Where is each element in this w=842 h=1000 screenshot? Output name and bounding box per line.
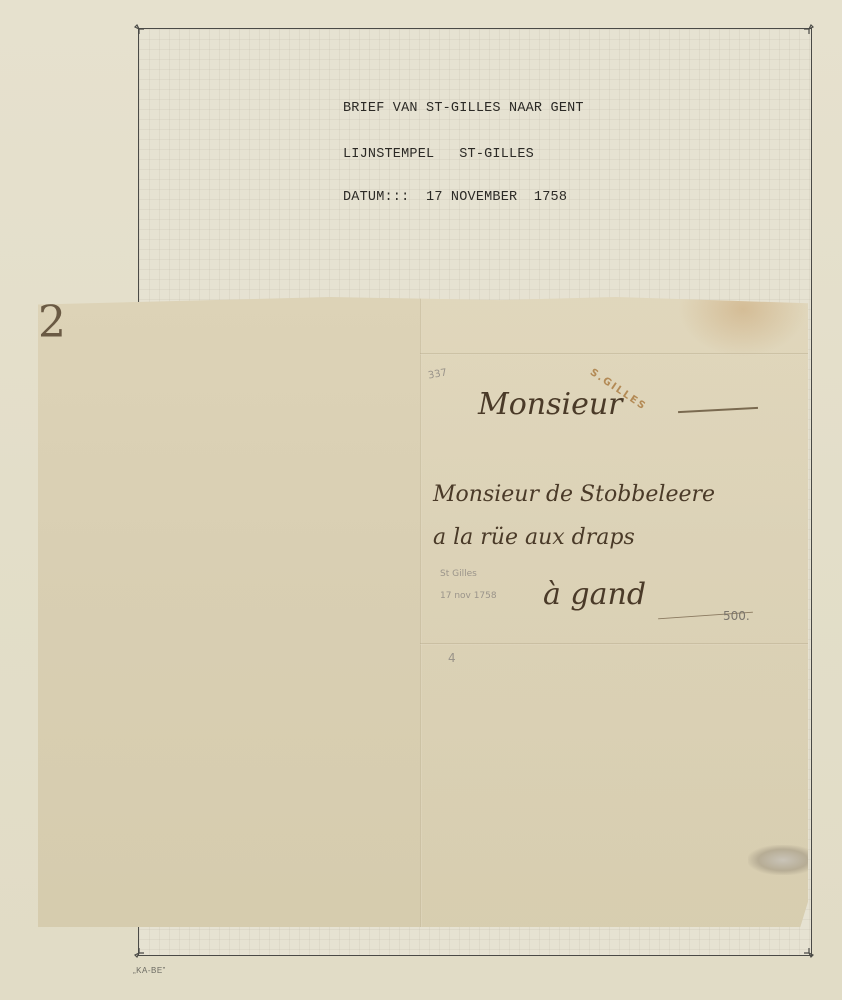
fold-line-top	[420, 353, 808, 355]
album-page: BRIEF VAN ST-GILLES NAAR GENT LIJNSTEMPE…	[0, 0, 842, 1000]
typed-postmark-type: LIJNSTEMPEL ST-GILLES	[343, 147, 534, 162]
address-line-city: à gand	[543, 577, 646, 612]
address-line-recipient: Monsieur de Stobbeleere	[433, 482, 715, 507]
pencil-mark: 4	[448, 651, 456, 665]
folded-letter: 337 S.GILLES Monsieur 2 Monsieur de Stob…	[38, 297, 808, 927]
fold-line-bottom	[420, 643, 808, 645]
frame-corner-ornament	[804, 948, 816, 960]
address-salutation: Monsieur	[478, 387, 623, 422]
album-brand-mark: „KA-BE”	[133, 966, 166, 975]
frame-corner-ornament	[132, 22, 144, 34]
foxing-stain	[678, 297, 808, 357]
pencil-note-place: St Gilles	[440, 569, 477, 579]
typed-date: DATUM::: 17 NOVEMBER 1758	[343, 190, 567, 205]
paper-damage	[748, 845, 818, 875]
address-line-street: a la rüe aux draps	[433, 525, 635, 550]
pencil-price: 500.	[723, 609, 750, 623]
typed-title: BRIEF VAN ST-GILLES NAAR GENT	[343, 101, 584, 116]
fold-line-vertical	[420, 297, 422, 927]
frame-corner-ornament	[804, 22, 816, 34]
frame-corner-ornament	[132, 948, 144, 960]
pencil-note-date: 17 nov 1758	[440, 591, 497, 601]
